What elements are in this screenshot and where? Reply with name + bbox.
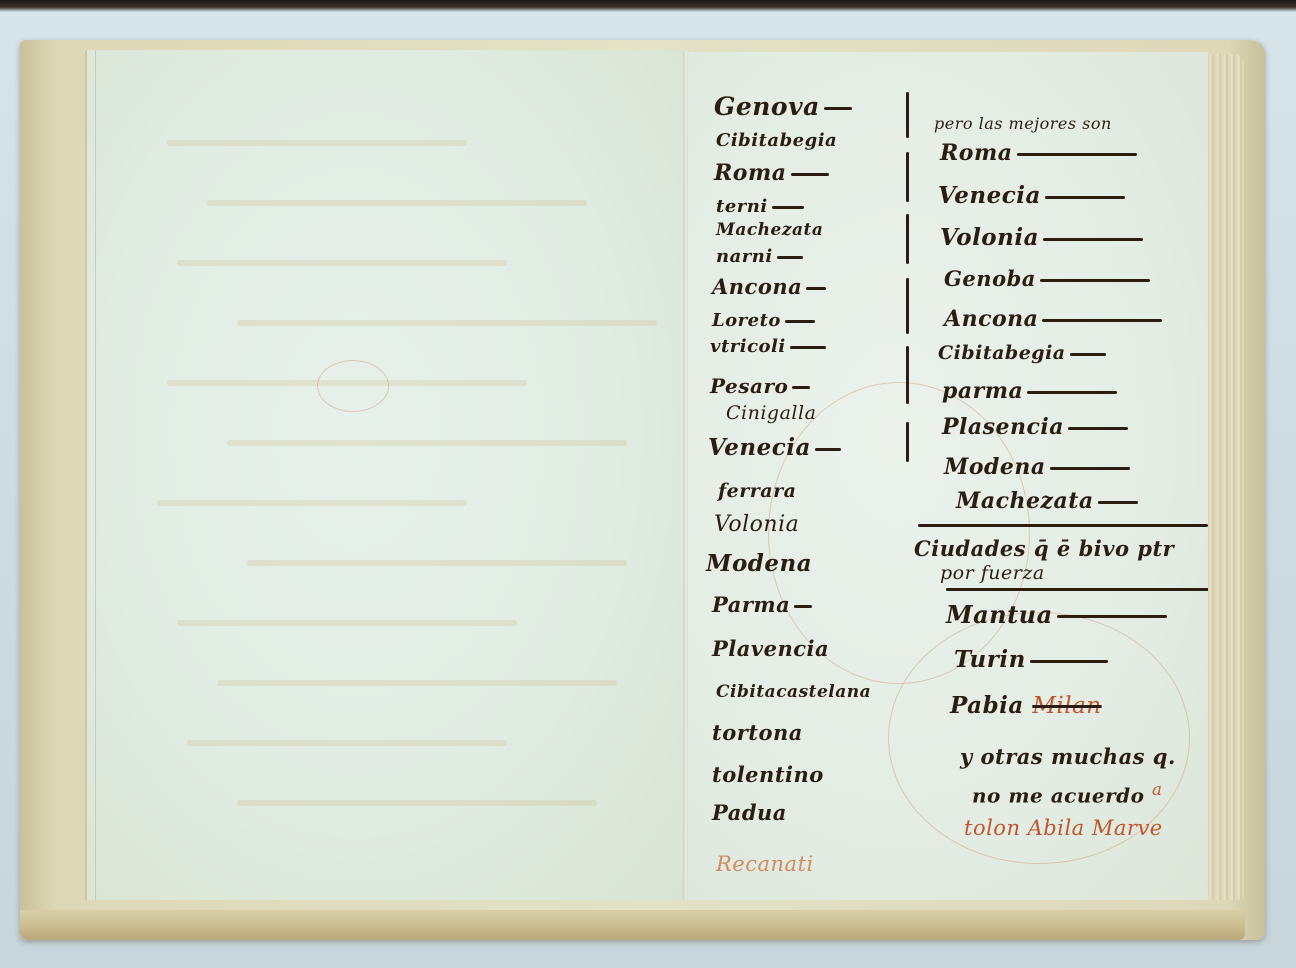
list-item: ferrara [718, 480, 796, 502]
list-item: vtricoli [710, 336, 826, 357]
bleed-through [207, 200, 587, 206]
list-item: Venecia [938, 182, 1125, 209]
list-heading: pero las mejores son [934, 114, 1112, 133]
bleed-through [217, 680, 617, 686]
column-divider [906, 422, 909, 462]
bleed-through [237, 320, 657, 326]
list-item: Turin [954, 646, 1108, 673]
list-item: Plavencia [712, 636, 829, 661]
list-item: Padua [712, 800, 787, 825]
red-annotation: tolon Abila Marve [964, 816, 1163, 840]
column-divider [906, 92, 909, 138]
bleed-through [177, 260, 507, 266]
list-item: Modena [706, 550, 812, 577]
closing-note: y otras muchas q. [960, 744, 1176, 769]
section-heading: Ciudades q̄ ē bivo ptr [914, 536, 1174, 561]
column-divider [906, 214, 909, 264]
list-item: narni [716, 246, 803, 267]
list-item: Cibitabegia [938, 342, 1106, 364]
list-item: tortona [712, 720, 803, 745]
list-item: Machezata [716, 220, 823, 240]
frame-shadow [0, 0, 1296, 12]
red-annotation: Recanati [716, 852, 814, 876]
column-divider [906, 346, 909, 404]
list-item: Venecia [708, 434, 841, 461]
bleed-through [237, 800, 597, 806]
bleed-through [157, 500, 467, 506]
bleed-through [177, 620, 517, 626]
list-item: Ancona [712, 274, 826, 299]
bleed-through [167, 140, 467, 146]
list-item: Cibitacastelana [716, 682, 871, 702]
column-divider [906, 278, 909, 334]
list-item: Cinigalla [726, 402, 816, 424]
bleed-through [247, 560, 627, 566]
list-item: Pesaro [710, 374, 810, 398]
right-page: Genova Cibitabegia Roma terni Machezata … [688, 52, 1208, 900]
list-item: Volonia [940, 224, 1143, 251]
list-item: Cibitabegia [716, 130, 837, 151]
list-item: parma [942, 378, 1117, 404]
section-rule [946, 588, 1236, 591]
notebook: Genova Cibitabegia Roma terni Machezata … [20, 40, 1265, 940]
bleed-through [187, 740, 507, 746]
closing-note: no me acuerdo a [972, 780, 1162, 808]
cover-bottom-edge [20, 910, 1245, 940]
list-item: Genova [714, 92, 852, 121]
faint-sketch [317, 360, 389, 412]
left-page [85, 50, 687, 900]
list-item: Genoba [944, 266, 1150, 291]
list-item: Loreto [712, 310, 815, 331]
list-item: Roma [940, 140, 1137, 166]
bleed-through [227, 440, 627, 446]
list-item: tolentino [712, 762, 824, 787]
page-margin-line [95, 50, 96, 900]
section-heading: por fuerza [940, 562, 1045, 584]
list-item: Volonia [714, 512, 799, 537]
page-stack-edges [1208, 54, 1244, 900]
list-item: Modena [944, 454, 1130, 480]
list-item: Roma [714, 160, 829, 186]
list-item: Mantua [946, 600, 1167, 629]
list-item: Machezata [956, 488, 1138, 514]
section-rule [918, 524, 1208, 527]
list-item: Ancona [944, 306, 1162, 332]
list-item: Plasencia [942, 414, 1128, 440]
list-item: Pabia Milan [950, 692, 1102, 719]
list-item: terni [716, 196, 804, 217]
list-item: Parma [712, 592, 812, 617]
column-divider [906, 152, 909, 202]
